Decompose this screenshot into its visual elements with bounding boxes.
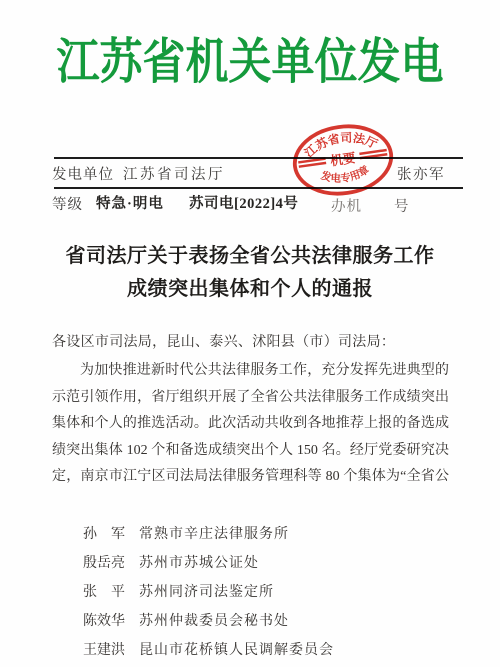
body-line: 绩突出集体 102 个和备选成绩突出个人 150 名。经厅党委研究决 [52,438,449,465]
grade-value: 特急·明电 [96,192,164,213]
awardee-org: 苏州仲裁委员会秘书处 [139,614,289,629]
awardee-org: 苏州同济司法鉴定所 [139,585,274,600]
awardee-name: 陈效华 [83,607,125,636]
header-rule-top [54,157,463,159]
scanned-official-document: 江苏省机关单位发电 发电单位 江苏省司法厅 张亦军 等级 特急·明电 苏司电[2… [0,0,500,667]
letterhead-title: 江苏省机关单位发电 [0,24,500,92]
awardee-name: 孙 军 [83,520,125,549]
official-seal: 江苏省司法厅 机要 发电专用章 [284,115,402,205]
salutation: 各设区市司法局，昆山、泰兴、沭阳县（市）司法局： [52,331,395,351]
document-title-line1: 省司法厅关于表扬全省公共法律服务工作 [0,240,500,273]
list-item: 孙 军常熟市辛庄法律服务所 [83,520,334,549]
awardee-org: 昆山市花桥镇人民调解委员会 [139,643,334,658]
body-paragraph: 为加快推进新时代公共法律服务工作，充分发挥先进典型的 示范引领作用，省厅组织开展… [52,358,449,491]
signer-name: 张亦军 [397,163,445,184]
document-title: 省司法厅关于表扬全省公共法律服务工作 成绩突出集体和个人的通报 [0,240,500,306]
document-title-line2: 成绩突出集体和个人的通报 [0,273,500,306]
sender-unit-value: 江苏省司法厅 [123,163,225,184]
list-item: 陈效华苏州仲裁委员会秘书处 [83,607,334,636]
list-item: 张 平苏州同济司法鉴定所 [83,578,334,607]
awardee-list: 孙 军常熟市辛庄法律服务所 殷岳亮苏州市苏城公证处 张 平苏州同济司法鉴定所 陈… [83,520,334,665]
list-item: 殷岳亮苏州市苏城公证处 [83,549,334,578]
awardee-org: 常熟市辛庄法律服务所 [139,527,289,542]
body-line: 定，南京市江宁区司法局法律服务管理科等 80 个集体为“全省公 [52,464,449,491]
awardee-name: 殷岳亮 [83,549,125,578]
awardee-name: 张 平 [83,578,125,607]
grade-label: 等级 [52,193,83,214]
document-number: 苏司电[2022]4号 [189,192,298,213]
number-label: 号 [394,195,409,216]
list-item: 王建洪昆山市花桥镇人民调解委员会 [83,636,334,665]
body-line: 为加快推进新时代公共法律服务工作，充分发挥先进典型的 [52,358,449,385]
body-line: 示范引领作用，省厅组织开展了全省公共法律服务工作成绩突出 [52,385,449,412]
seal-center-text: 机要 [329,150,357,168]
sender-unit-label: 发电单位 [52,163,114,184]
awardee-name: 王建洪 [83,636,125,665]
body-line: 集体和个人的推选活动。此次活动共收到各地推荐上报的备选成 [52,411,449,438]
awardee-org: 苏州市苏城公证处 [139,556,259,571]
